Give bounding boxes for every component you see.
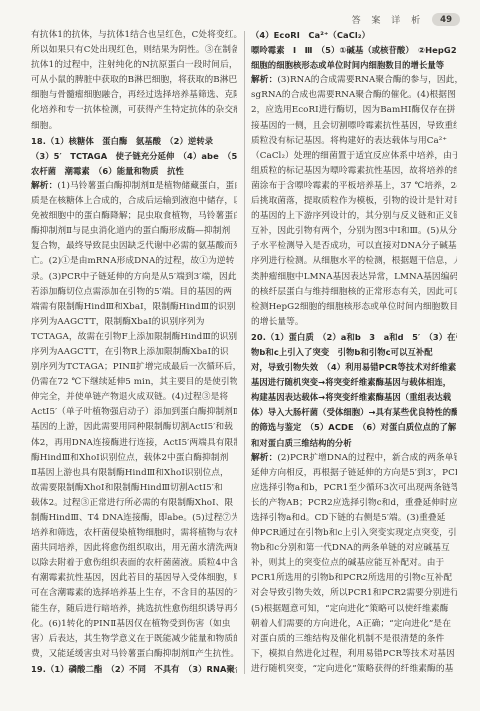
text-line: 若添加酶切位点需添加在引物的5′端。目的基因的两 (31, 285, 237, 300)
text-line: 类肿瘤细胞中LMNA基因表达异常，LMNA基因编码 (251, 270, 457, 285)
text-line: 以除去附着于愈伤组织表面的农杆菌菌液。质粒4中含 (31, 556, 237, 571)
text-line: 细胞与骨髓瘤细胞融合，再经过选择培养基筛选、克隆 (31, 88, 237, 103)
text-line: 农杆菌 潮霉素 （6）能量和物质 抗性 (31, 164, 237, 179)
analysis-label: 解析： (251, 453, 277, 463)
text-line: 酶抑制剂Ⅱ与昆虫消化道内的蛋白酶形成酶—抑制剂 (31, 224, 237, 239)
text-line: 可从小鼠的脾脏中获取的B淋巴细胞，将获取的B淋巴 (31, 73, 237, 88)
text-line: 物b和c上引入了突变 引物b和引物c可以互补配 (251, 345, 457, 360)
text-line: 免被细胞中的蛋白酶降解；昆虫取食植物，马铃薯蛋白 (31, 209, 237, 224)
text-line: 制酶HindⅢ、T4 DNA连接酶，即abe。(5)过程⑦为 (31, 511, 237, 526)
text-line: 的筛选与鉴定 （5）ACDE （6）对蛋白质位点的了解 (251, 420, 457, 435)
text-line: 解析：(2)PCR扩增DNA的过程中，新合成的两条单链 (251, 451, 457, 466)
text-line: 基因的上游，因此需要用同种限制酶切割ActⅠ5′和载 (31, 420, 237, 435)
text-line: 20.（1）蛋白质 （2）a和b 3 a和d 5′ （3）在引 (251, 330, 457, 345)
text-line: 的基因的上下游序列设计的，其分别与反义链和正义链 (251, 209, 457, 224)
text-line: （3）5′ TCTAGA 使子链充分延伸 （4）abe （5） (31, 149, 237, 164)
text-line: 2，应选用EcoRⅠ进行酶切，因为BamHⅠ酶仅存在拼 (251, 103, 457, 118)
text-line: 应选择引物a和b，PCR1至少循环3次可出现两条链等 (251, 481, 457, 496)
text-line: 化培养和专一抗体检测，可获得产生特定抗体的杂交瘤 (31, 103, 237, 118)
text-line: 检测HepG2细胞的细胞核形态或单位时间内细胞数目 (251, 300, 457, 315)
text-line: 选择引物a和d。CD下链的右侧是5′端。(3)重叠延 (251, 511, 457, 526)
text-line: 基因进行随机突变→将突变纤维素酶基因与载体相连， (251, 375, 457, 390)
text-line: 录。(3)PCR中子链延伸的方向是从5′端到3′端，因此 (31, 270, 237, 285)
text-line: 可在含潮霉素的选择培养基上生存，不含目的基因的不 (31, 586, 237, 601)
text-line: 长的产物AB；PCR2应选择引物c和d，重叠延伸时应 (251, 496, 457, 511)
header-title: 答 案 详 析 (352, 13, 425, 26)
text-line: Ⅱ基因上游也具有限制酶HindⅢ和XhoⅠ识别位点， (31, 466, 237, 481)
text-line: PCR1所选用的引物b和PCR2所选用的引物c互补配 (251, 571, 457, 586)
text-line: 能生存，随后进行暗培养，挑选抗性愈伤组织诱导再分 (31, 602, 237, 617)
page-header: 答 案 详 析 49 (352, 13, 460, 26)
text-line: 18.（1）核糖体 蛋白酶 氨基酸 （2）逆转录 (31, 134, 237, 149)
text-line: 细胞的细胞核形态或单位时间内细胞数目的增长量等 (251, 58, 457, 73)
text-line: 组质粒的标记基因为嘌呤霉素抗性基因，故将培养的细 (251, 164, 457, 179)
text-line: 对会导致引物失效，所以PCR1和PCR2需要分别进行。 (251, 586, 457, 601)
text-line: 互补，因此引物有两个，分别为图3中Ⅰ和Ⅲ。(5)从分 (251, 224, 457, 239)
text-line: 故需要限制酶XhoⅠ和限制酶HindⅢ切割ActⅠ5′和 (31, 481, 237, 496)
text-line: 端需有限制酶HindⅢ和XbaⅠ，限制酶HindⅢ的识别 (31, 300, 237, 315)
text-line: 伸完全，并使单链产物退火成双链。(4)过程③是将 (31, 390, 237, 405)
text-line: 体）导入大肠杆菌（受体细胞）→具有某些优良特性的酶 (251, 405, 457, 420)
page-number-badge: 49 (432, 13, 460, 26)
left-column: 有抗体1的抗体，与抗体1结合也呈红色，C处将变红。所以如果只有C处出现红色，则结… (31, 28, 237, 677)
text-line: 物b和c分别和第一代DNA的两条单链的对应碱基互 (251, 541, 457, 556)
text-line: 质粒没有标记基因。将构建好的表达载体与用Ca²⁺ (251, 134, 457, 149)
text-line: (5)根据题意可知，“定向进化”策略可以使纤维素酶 (251, 602, 457, 617)
text-line: 酶HindⅢ和XhoⅠ识别位点，载体2中蛋白酶抑制剂 (31, 451, 237, 466)
right-column: （4）EcoRⅠ Ca²⁺（CaCl₂）嘌呤霉素 Ⅰ Ⅲ （5）①碱基（或核苷酸… (251, 28, 457, 677)
text-line: 补，则其上的突变位点的碱基应能互补配对。由于 (251, 556, 457, 571)
text-line: 对，导致引物失效 （4）利用易错PCR等技术对纤维素 (251, 360, 457, 375)
text-line: 培养和筛选，农杆菌侵染植物细胞时，需将植物与农杆 (31, 526, 237, 541)
analysis-label: 解析： (31, 181, 57, 191)
text-line: 有抗体1的抗体，与抗体1结合也呈红色，C处将变红。 (31, 28, 237, 43)
text-line: 朝着人们需要的方向进化，A正确；“定向进化”是在 (251, 617, 457, 632)
text-line: 嘌呤霉素 Ⅰ Ⅲ （5）①碱基（或核苷酸） ②HepG2 (251, 43, 457, 58)
text-line: 体2，再用DNA连接酶进行连接，ActⅠ5′两端具有限制 (31, 436, 237, 451)
text-line: 害）后表达，其生物学意义在于既能减少能量和物质的浪 (31, 632, 237, 647)
text-line: 菌共同培养，因此将愈伤组织取出，用无菌水清洗两遍， (31, 541, 237, 556)
text-line: 解析：(1)马铃薯蛋白酶抑制剂Ⅱ是植物储藏蛋白，蛋白 (31, 179, 237, 194)
text-line: 19.（1）磷酸二酯 （2）不同 不具有 （3）RNA聚合 (31, 662, 237, 677)
text-columns: 有抗体1的抗体，与抗体1结合也呈红色，C处将变红。所以如果只有C处出现红色，则结… (31, 28, 457, 677)
text-line: 子水平检测导入是否成功，可以直接对DNA分子碱基 (251, 239, 457, 254)
column-divider (244, 31, 245, 674)
text-line: 化。(6)1转化的PINⅡ基因仅在植物受到伤害（如虫 (31, 617, 237, 632)
text-line: 仍需在72 ℃下继续延伸5 min，其主要目的是使引物延 (31, 375, 237, 390)
text-line: （CaCl₂）处理的细菌置于适宜反应体系中培养，由于重 (251, 149, 457, 164)
text-line: 和对蛋白质三维结构的分析 (251, 436, 457, 451)
text-line: 的核纤层蛋白与维持细胞核的正常形态有关，因此可以 (251, 285, 457, 300)
text-line: 序列进行检测。从细胞水平的检测，根据题干信息，人 (251, 254, 457, 269)
text-line: 复合物，最终导致昆虫因缺乏代谢中必需的氨基酸而死 (31, 239, 237, 254)
text-line: 抗体1的过程中，注射纯化的N抗原蛋白一段时间后， (31, 58, 237, 73)
text-line: ActⅠ5′（单子叶植物强启动子）添加到蛋白酶抑制剂Ⅱ (31, 405, 237, 420)
text-line: 质是在核糖体上合成的，合成后运输到液泡中储存，以 (31, 194, 237, 209)
text-line: 解析：(3)RNA的合成需要RNA聚合酶的参与，因此， (251, 73, 457, 88)
text-line: 进行随机突变，“定向进化”策略获得的纤维素酶的基 (251, 662, 457, 677)
text-line: 别序列为TCTAGA；PINⅡ扩增完成最后一次循环后， (31, 360, 237, 375)
text-line: 费，又能延缓害虫对马铃薯蛋白酶抑制剂Ⅱ产生抗性。 (31, 647, 237, 662)
text-line: 伸PCR通过在引物b和c上引入突变实现定点突变，引 (251, 526, 457, 541)
text-line: 构建基因表达载体→将突变纤维素酶基因（重组表达载 (251, 390, 457, 405)
text-line: 所以如果只有C处出现红色，则结果为阴性。③在制备 (31, 43, 237, 58)
text-line: 序列为AAGCTT，在引物R上添加限制酶XbaⅠ的识 (31, 345, 237, 360)
text-line: 下，模拟自然进化过程，利用易错PCR等技术对基因 (251, 647, 457, 662)
text-line: TCTAGA，故需在引物F上添加限制酶HindⅢ的识别 (31, 330, 237, 345)
text-line: sgRNA的合成也需要RNA聚合酶的催化。(4)根据图 (251, 88, 457, 103)
text-line: 序列为AAGCTT，限制酶XbaⅠ的识别序列为 (31, 315, 237, 330)
analysis-label: 解析： (251, 75, 277, 85)
text-line: 的增长量等。 (251, 315, 457, 330)
text-line: 细胞。 (31, 119, 237, 134)
text-line: 亡。(2)①是由mRNA形成DNA的过程，故①为逆转 (31, 254, 237, 269)
text-line: 后挑取菌落，提取质粒作为模板，引物的设计是针对目 (251, 194, 457, 209)
text-line: 菌涂布于含嘌呤霉素的平板培养基上，37 ℃培养，24 h (251, 179, 457, 194)
text-line: 载体2。过程③正常进行所必需的有限制酶XhoⅠ、限 (31, 496, 237, 511)
text-line: 接基因的一侧，且会切割嘌呤霉素抗性基因，导致重组 (251, 119, 457, 134)
text-line: 延伸方向相反，再根据子链延伸的方向是5′到3′，PCR1 (251, 466, 457, 481)
text-line: 对蛋白质的三维结构及催化机制不是很清楚的条件 (251, 632, 457, 647)
text-line: （4）EcoRⅠ Ca²⁺（CaCl₂） (251, 28, 457, 43)
text-line: 有潮霉素抗性基因，因此若目的基因导入受体细胞，则 (31, 571, 237, 586)
